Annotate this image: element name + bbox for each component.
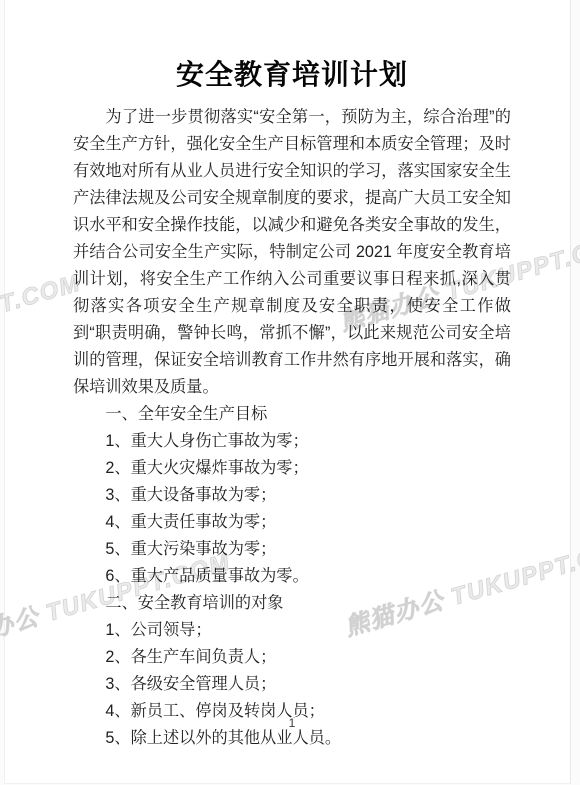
document-body: 安全教育培训计划 为了进一步贯彻落实“安全第一，预防为主，综合治理”的安全生产方… [73,54,511,752]
section-heading: 一、全年安全生产目标 [73,401,511,428]
watermark: 熊猫办公 TUKUPPT.COM [0,263,84,380]
list-item: 2、重大火灾爆炸事故为零； [73,455,511,482]
list-item: 1、公司领导； [73,617,511,644]
list-item: 3、重大设备事故为零； [73,482,511,509]
list-item: 6、重大产品质量事故为零。 [73,563,511,590]
intro-paragraph: 为了进一步贯彻落实“安全第一，预防为主，综合治理”的安全生产方针，强化安全生产目… [73,104,511,401]
section-heading: 二、安全教育培训的对象 [73,590,511,617]
list-item: 4、重大责任事故为零； [73,509,511,536]
document-title: 安全教育培训计划 [73,54,511,96]
document-page: 熊猫办公 TUKUPPT.COM 熊猫办公 TUKUPPT.COM 熊猫办公 T… [4,0,571,784]
list-item: 3、各级安全管理人员； [73,671,511,698]
list-item: 5、重大污染事故为零； [73,536,511,563]
list-item: 2、各生产车间负责人； [73,644,511,671]
page-number: 1 [73,715,511,731]
list-item: 1、重大人身伤亡事故为零； [73,428,511,455]
